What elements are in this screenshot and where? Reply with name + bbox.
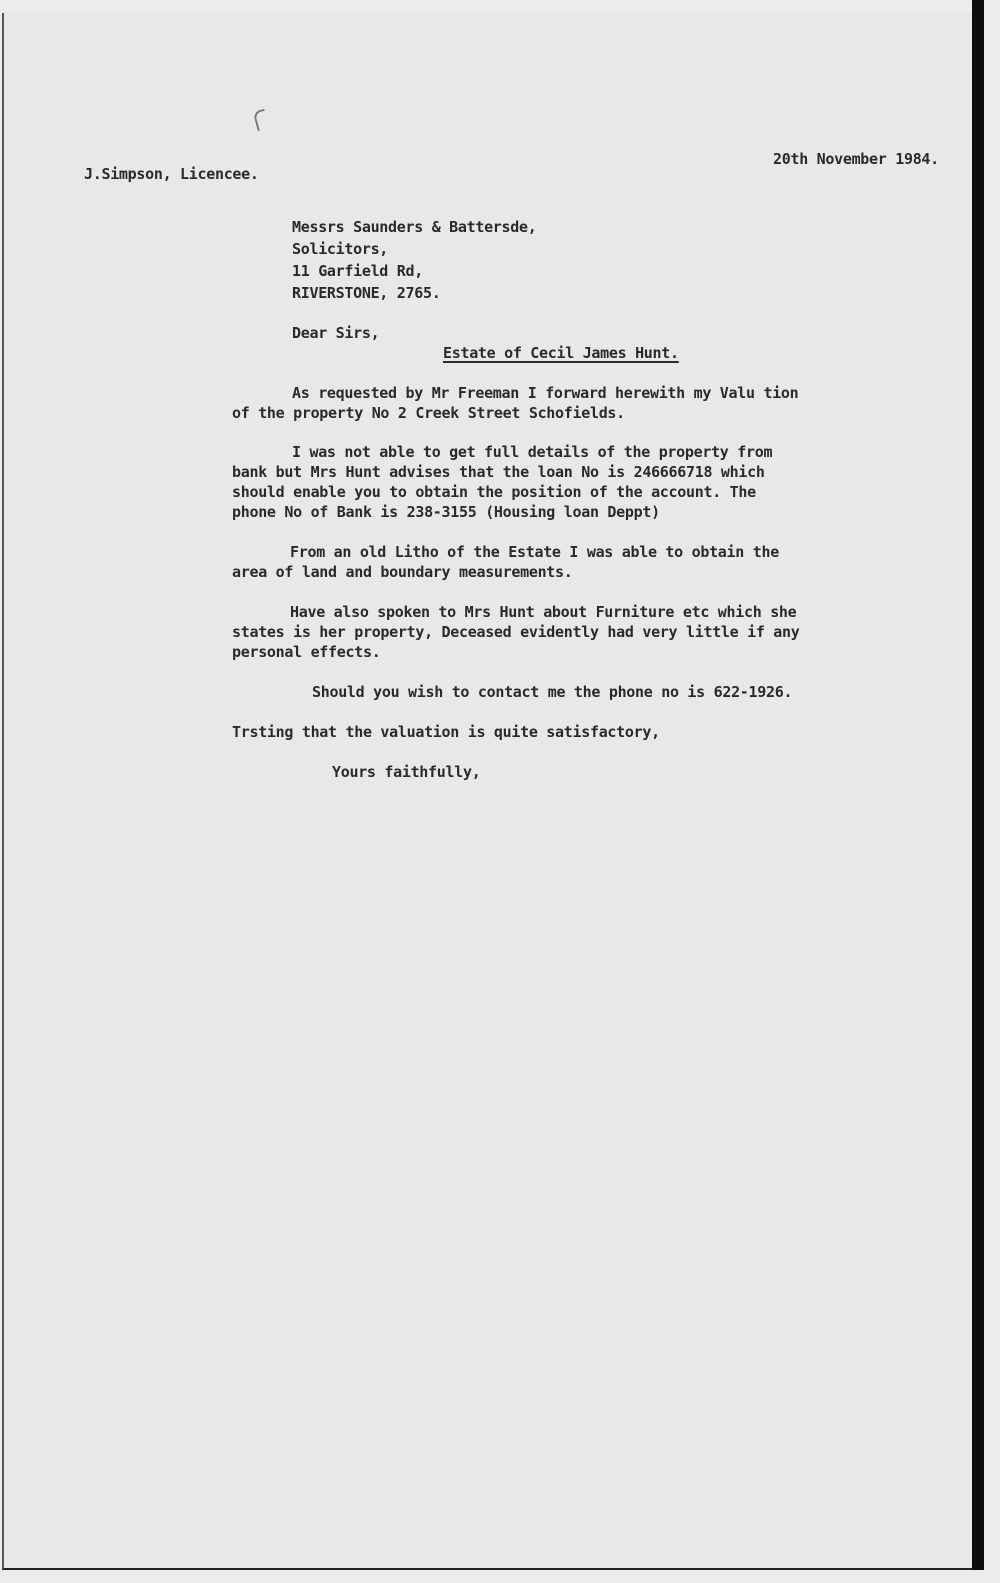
paragraph-2-line-1: I was not able to get full details of th…: [292, 443, 772, 461]
recipient-line-2: Solicitors,: [292, 240, 388, 258]
subject-line: Estate of Cecil James Hunt.: [443, 344, 679, 362]
recipient-line-4: RIVERSTONE, 2765.: [292, 284, 440, 302]
paragraph-2-line-4: phone No of Bank is 238-3155 (Housing lo…: [232, 503, 660, 521]
recipient-line-1: Messrs Saunders & Battersde,: [292, 218, 536, 236]
letter-page: [2, 13, 972, 1570]
closing: Yours faithfully,: [332, 763, 480, 781]
paragraph-1-line-1: As requested by Mr Freeman I forward her…: [292, 384, 798, 402]
paragraph-3-line-1: From an old Litho of the Estate I was ab…: [290, 543, 779, 561]
salutation: Dear Sirs,: [292, 324, 379, 342]
paragraph-4-line-3: personal effects.: [232, 643, 380, 661]
paragraph-4-line-1: Have also spoken to Mrs Hunt about Furni…: [290, 603, 796, 621]
scan-edge: [972, 0, 984, 1570]
paragraph-3-line-2: area of land and boundary measurements.: [232, 563, 573, 581]
paragraph-2-line-3: should enable you to obtain the position…: [232, 483, 756, 501]
paragraph-5-line-1: Should you wish to contact me the phone …: [312, 683, 792, 701]
sender-line: J.Simpson, Licencee.: [84, 165, 259, 183]
letter-date: 20th November 1984.: [773, 150, 939, 168]
paragraph-4-line-2: states is her property, Deceased evident…: [232, 623, 800, 641]
paragraph-6-line-1: Trsting that the valuation is quite sati…: [232, 723, 660, 741]
paragraph-2-line-2: bank but Mrs Hunt advises that the loan …: [232, 463, 765, 481]
paragraph-1-line-2: of the property No 2 Creek Street Schofi…: [232, 404, 625, 422]
recipient-line-3: 11 Garfield Rd,: [292, 262, 423, 280]
